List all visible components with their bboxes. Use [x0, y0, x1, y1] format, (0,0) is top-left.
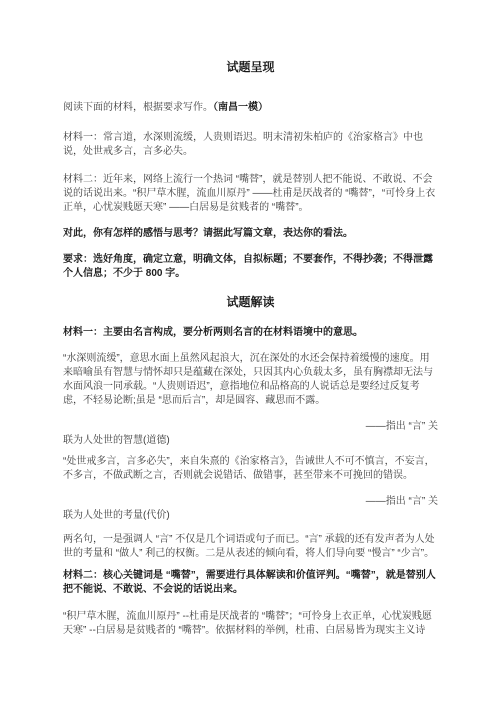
exam-intro-text: 阅读下面的材料，根据要求写作。: [63, 102, 213, 113]
section-title-question-analysis: 试题解读: [63, 295, 438, 310]
annotation-2-continuation-line: 联为人处世的考量(代价): [63, 509, 438, 523]
requirements-paragraph: 要求：选好角度，确定立意，明确文体，自拟标题；不要套作，不得抄袭；不得泄露个人信…: [63, 253, 438, 281]
document-body: 试题呈现 阅读下面的材料，根据要求写作。（南昌一模） 材料一：常言道，水深则流缓…: [0, 0, 500, 707]
exam-source-tag: （南昌一模）: [213, 102, 268, 113]
annotation-2-lead-line: ——指出 “言” 关: [63, 495, 438, 509]
analysis-quote-1-paragraph: “水深则流缓”，意思水面上虽然风起浪大，沉在深处的水还会保持着缓慢的速度。用来暗…: [63, 352, 438, 408]
material-1-paragraph: 材料一：常言道，水深则流缓，人贵则语迟。明末清初朱柏庐的《治家格言》中也说，处世…: [63, 131, 438, 159]
analysis-quote-2-paragraph: “处世戒多言，言多必失”，来自朱熹的《治家格言》，告诫世人不可不慎言，不妄言，不…: [63, 455, 438, 483]
reflection-prompt-paragraph: 对此，你有怎样的感悟与思考？请据此写篇文章，表达你的看法。: [63, 227, 438, 241]
analysis-material-1-summary: 材料一：主要由名言构成，要分析两则名言的在材料语境中的意思。: [63, 326, 438, 340]
analysis-two-quotes-paragraph: 两名句，一是强调人 “言” 不仅是几个词语或句子而已。“言” 承载的还有发声者为…: [63, 533, 438, 561]
document-page: 试题呈现 阅读下面的材料，根据要求写作。（南昌一模） 材料一：常言道，水深则流缓…: [0, 0, 500, 707]
exam-intro-line: 阅读下面的材料，根据要求写作。（南昌一模）: [63, 101, 438, 115]
analysis-examples-paragraph: “积尸草木腥，流血川原丹” --杜甫是厌战者的 “嘴替”；“可怜身上衣正单，心忧…: [63, 610, 438, 638]
annotation-1-lead-line: ——指出 “言” 关: [63, 420, 438, 434]
material-2-paragraph: 材料二：近年来，网络上流行一个热词 “嘴替”，就是替别人把不能说、不敢说、不会说…: [63, 173, 438, 215]
analysis-material-2-summary: 材料二：核心关键词是 “嘴替”，需要进行具体解读和价值评判。“嘴替”，就是替别人…: [63, 569, 438, 597]
annotation-1-continuation-line: 联为人处世的智慧(道德): [63, 434, 438, 448]
section-title-question-presentation: 试题呈现: [63, 60, 438, 75]
